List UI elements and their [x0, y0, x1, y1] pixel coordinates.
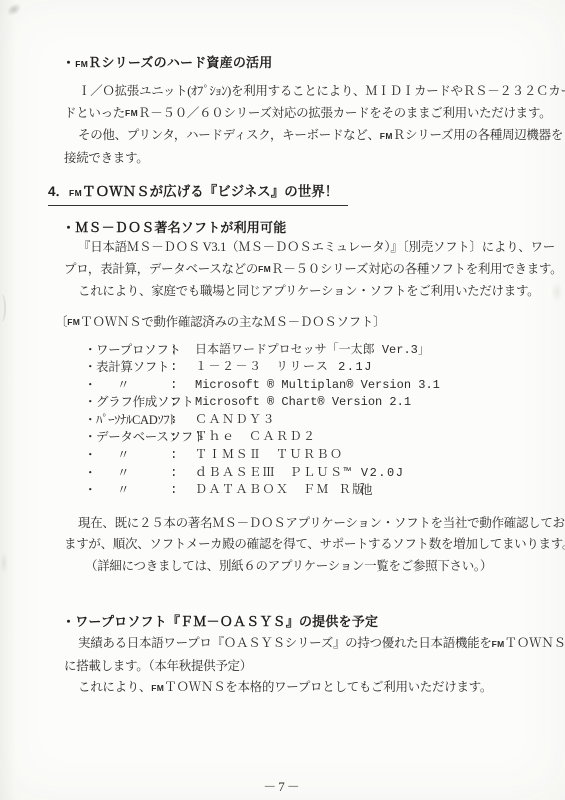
page-number: －7－ — [263, 779, 302, 794]
row-bullet: ・ — [84, 359, 97, 377]
row-value: ＣＡＮＤＹ３ — [195, 412, 276, 430]
software-row: ・ 〃 : Microsoft ® Multiplan® Version 3.1 — [0, 377, 565, 395]
row-colon: : — [170, 465, 178, 483]
row-colon: : — [170, 482, 178, 500]
row-bullet: ・ — [84, 482, 97, 500]
text-segment: ・ — [62, 55, 75, 70]
text-segment: Ｉ／Ｏ拡張ユニット(ｵﾌﾟｼｮﾝ)を利用することにより、ＭＩＤＩカードやＲＳ－２… — [78, 84, 565, 98]
row-value: ＴＩＭＳⅡ ＴＵＲＢＯ — [195, 447, 344, 465]
row-colon: : — [170, 394, 178, 412]
row-colon: : — [170, 342, 178, 360]
text-segment: FM — [125, 108, 138, 118]
row-bullet: ・ — [84, 342, 97, 360]
text-line: に搭載します。（本年秋提供予定） — [64, 656, 545, 678]
text-line: プロ，表計算，データベースなどのFMＲ－５０シリーズ対応の各種ソフトを利用できま… — [64, 259, 545, 282]
row-label: グラフ作成ソフト — [96, 394, 194, 412]
row-label: ﾊﾟｰｿﾅﾙCADｿﾌﾄ — [96, 412, 175, 430]
row-colon: : — [170, 429, 178, 447]
paragraph-oasys: 実績ある日本語ワープロ『ＯＡＳＹＳシリーズ』の持つ優れた日本語機能をFMＴＯＷＮ… — [64, 633, 545, 700]
software-row: ・ ﾊﾟｰｿﾅﾙCADｿﾌﾄ : ＣＡＮＤＹ３ — [0, 412, 565, 430]
text-segment: Ｒシリーズのハード資産の活用 — [88, 55, 272, 70]
row-bullet: ・ — [84, 447, 97, 465]
text-segment: 〔 — [55, 315, 67, 329]
text-segment: 4． — [48, 184, 69, 199]
software-list-caption: 〔FMＴＯＷＮＳで動作確認済みの主なＭＳ－ＤＯＳソフト〕 — [55, 312, 565, 333]
text-segment: ＴＯＷＮＳで動作確認済みの主なＭＳ－ＤＯＳソフト〕 — [80, 315, 385, 329]
software-list: ・ ワープロソフト : 日本語ワードプロセッサ「一太郎 Ver.3」 ・ 表計算… — [0, 342, 565, 500]
section-fmr-hardware: ・FMＲシリーズのハード資産の活用 Ｉ／Ｏ拡張ユニット(ｵﾌﾟｼｮﾝ)を利用する… — [0, 54, 565, 169]
text-segment: 実績ある日本語ワープロ『ＯＡＳＹＳシリーズ』の持つ優れた日本語機能を — [78, 636, 492, 650]
software-row: ・ 〃 : ＤＡＴＡＢＯＸ ＦＭ Ｒ版 他 — [0, 482, 565, 500]
text-segment: ・ＭＳ－ＤＯＳ著名ソフトが利用可能 — [62, 220, 286, 235]
row-colon: : — [170, 447, 178, 465]
text-segment: ドといった — [64, 106, 125, 120]
chapter-heading-text: 4．FMＴＯＷＮＳが広げる『ビジネス』の世界！ — [48, 183, 348, 206]
text-line: 接続できます。 — [64, 148, 545, 170]
row-value: ＤＡＴＡＢＯＸ ＦＭ Ｒ版 — [195, 482, 366, 500]
row-label-ditto: 〃 — [117, 447, 129, 465]
text-segment: Ｒ－５０／６０シリーズ対応の拡張カードをそのままご利用いただけます。 — [138, 106, 551, 120]
text-segment: FM — [75, 59, 88, 69]
text-segment: FM — [67, 317, 80, 327]
row-bullet: ・ — [84, 377, 97, 395]
row-label-ditto: 〃 — [117, 482, 129, 500]
text-segment: 現在、既に２５本の著名ＭＳ－ＤＯＳアプリケーション・ソフトを当社で動作確認してお… — [78, 516, 565, 530]
text-segment: 接続できます。 — [64, 151, 148, 165]
text-segment: ＴＯＷＮＳが広げる『ビジネス』の世界！ — [82, 184, 338, 199]
software-row: ・ 表計算ソフト : １－２－３ リリース 2.1J — [0, 359, 565, 377]
software-row: ・ グラフ作成ソフト : Microsoft ® Chart® Version … — [0, 394, 565, 412]
text-segment: Ｒシリーズ用の各種周辺機器を — [393, 128, 563, 142]
row-bullet: ・ — [84, 394, 97, 412]
heading-fmr-hardware: ・FMＲシリーズのハード資産の活用 — [62, 54, 565, 73]
heading-oasys: ・ワープロソフト『ＦＭ－ＯＡＳＹＳ』の提供を予定 — [62, 613, 565, 631]
row-colon: : — [170, 412, 178, 430]
software-row: ・ 〃 : ＴＩＭＳⅡ ＴＵＲＢＯ — [0, 447, 565, 465]
text-segment: FM — [258, 264, 271, 274]
text-segment: ますが、順次、ソフトメーカ殿の確認を得て、サポートするソフト数を増加してまいりま… — [64, 537, 565, 551]
row-label: データベースソフト — [96, 429, 205, 447]
text-segment: その他、プリンタ，ハードディスク，キーボードなど、 — [78, 128, 380, 142]
page-content: ・FMＲシリーズのハード資産の活用 Ｉ／Ｏ拡張ユニット(ｵﾌﾟｼｮﾝ)を利用する… — [0, 0, 565, 700]
text-line: ますが、順次、ソフトメーカ殿の確認を得て、サポートするソフト数を増加してまいりま… — [64, 534, 545, 556]
text-segment: これにより、家庭でも職場と同じアプリケーション・ソフトをご利用いただけます。 — [78, 284, 539, 298]
chapter-heading: 4．FMＴＯＷＮＳが広げる『ビジネス』の世界！ — [48, 183, 565, 206]
row-suffix: 他 — [360, 482, 373, 500]
page-footer: －7－ — [0, 776, 565, 796]
text-segment: ＴＯＷＮＳを本格的ワープロとしてもご利用いただけます。 — [164, 680, 492, 694]
software-row: ・ データベースソフト : Ｔｈｅ ＣＡＲＤ２ — [0, 429, 565, 447]
text-segment: FM — [69, 188, 82, 198]
text-segment: ＴＯＷＮＳ — [505, 636, 565, 650]
text-line: 実績ある日本語ワープロ『ＯＡＳＹＳシリーズ』の持つ優れた日本語機能をFMＴＯＷＮ… — [64, 633, 545, 656]
text-line: その他、プリンタ，ハードディスク，キーボードなど、FMＲシリーズ用の各種周辺機器… — [64, 125, 545, 148]
text-segment: ・ワープロソフト『ＦＭ－ＯＡＳＹＳ』の提供を予定 — [62, 614, 378, 629]
text-line: （詳細につきましては、別紙６のアプリケーション一覧をご参照下さい。） — [64, 556, 545, 578]
row-value: ｄＢＡＳＥⅢ ＰＬＵＳ™ V2.0J — [195, 465, 404, 483]
text-line: 現在、既に２５本の著名ＭＳ－ＤＯＳアプリケーション・ソフトを当社で動作確認してお… — [64, 513, 545, 535]
text-line: これにより、FMＴＯＷＮＳを本格的ワープロとしてもご利用いただけます。 — [64, 677, 545, 700]
row-bullet: ・ — [84, 412, 97, 430]
text-segment: プロ，表計算，データベースなどの — [64, 262, 258, 276]
row-bullet: ・ — [84, 429, 97, 447]
row-label: ワープロソフト — [96, 342, 181, 360]
text-line: ドといったFMＲ－５０／６０シリーズ対応の拡張カードをそのままご利用いただけます… — [64, 103, 545, 126]
paragraph-msdos: 『日本語ＭＳ－ＤＯＳ V3.1（ＭＳ－ＤＯＳエミュレータ）』〔別売ソフト〕により… — [64, 237, 545, 303]
section-msdos-software: ・ＭＳ－ＤＯＳ著名ソフトが利用可能 『日本語ＭＳ－ＤＯＳ V3.1（ＭＳ－ＤＯＳ… — [0, 219, 565, 577]
text-segment: FM — [492, 639, 505, 649]
text-segment: FM — [151, 683, 164, 693]
paragraph-fmr-hardware: Ｉ／Ｏ拡張ユニット(ｵﾌﾟｼｮﾝ)を利用することにより、ＭＩＤＩカードやＲＳ－２… — [64, 81, 545, 169]
document-page: ・FMＲシリーズのハード資産の活用 Ｉ／Ｏ拡張ユニット(ｵﾌﾟｼｮﾝ)を利用する… — [0, 0, 565, 800]
text-segment: Ｒ－５０シリーズ対応の各種ソフトを利用できます。 — [271, 262, 562, 276]
software-row: ・ 〃 : ｄＢＡＳＥⅢ ＰＬＵＳ™ V2.0J — [0, 465, 565, 483]
row-value: 日本語ワードプロセッサ「一太郎 Ver.3」 — [195, 342, 430, 360]
row-colon: : — [170, 377, 178, 395]
text-segment: 『日本語ＭＳ－ＤＯＳ V3.1（ＭＳ－ＤＯＳエミュレータ）』〔別売ソフト〕により… — [78, 240, 555, 254]
paragraph-support-note: 現在、既に２５本の著名ＭＳ－ＤＯＳアプリケーション・ソフトを当社で動作確認してお… — [64, 513, 545, 578]
row-value: Microsoft ® Chart® Version 2.1 — [195, 394, 411, 412]
text-line: これにより、家庭でも職場と同じアプリケーション・ソフトをご利用いただけます。 — [64, 281, 545, 303]
row-value: Microsoft ® Multiplan® Version 3.1 — [195, 377, 440, 395]
text-line: Ｉ／Ｏ拡張ユニット(ｵﾌﾟｼｮﾝ)を利用することにより、ＭＩＤＩカードやＲＳ－２… — [64, 81, 545, 103]
heading-msdos: ・ＭＳ－ＤＯＳ著名ソフトが利用可能 — [62, 219, 565, 237]
software-row: ・ ワープロソフト : 日本語ワードプロセッサ「一太郎 Ver.3」 — [0, 342, 565, 360]
text-segment: FM — [380, 131, 393, 141]
row-label: 表計算ソフト — [96, 359, 169, 377]
section-oasys: ・ワープロソフト『ＦＭ－ＯＡＳＹＳ』の提供を予定 実績ある日本語ワープロ『ＯＡＳ… — [0, 613, 565, 700]
row-label-ditto: 〃 — [117, 377, 129, 395]
text-line: 『日本語ＭＳ－ＤＯＳ V3.1（ＭＳ－ＤＯＳエミュレータ）』〔別売ソフト〕により… — [64, 237, 545, 259]
row-value: Ｔｈｅ ＣＡＲＤ２ — [195, 429, 317, 447]
row-value: １－２－３ リリース 2.1J — [195, 359, 373, 377]
row-colon: : — [170, 359, 178, 377]
text-segment: （詳細につきましては、別紙６のアプリケーション一覧をご参照下さい。） — [85, 559, 492, 573]
text-segment: に搭載します。（本年秋提供予定） — [64, 659, 252, 673]
row-label-ditto: 〃 — [117, 465, 129, 483]
text-segment: これにより、 — [78, 680, 151, 694]
row-bullet: ・ — [84, 465, 97, 483]
